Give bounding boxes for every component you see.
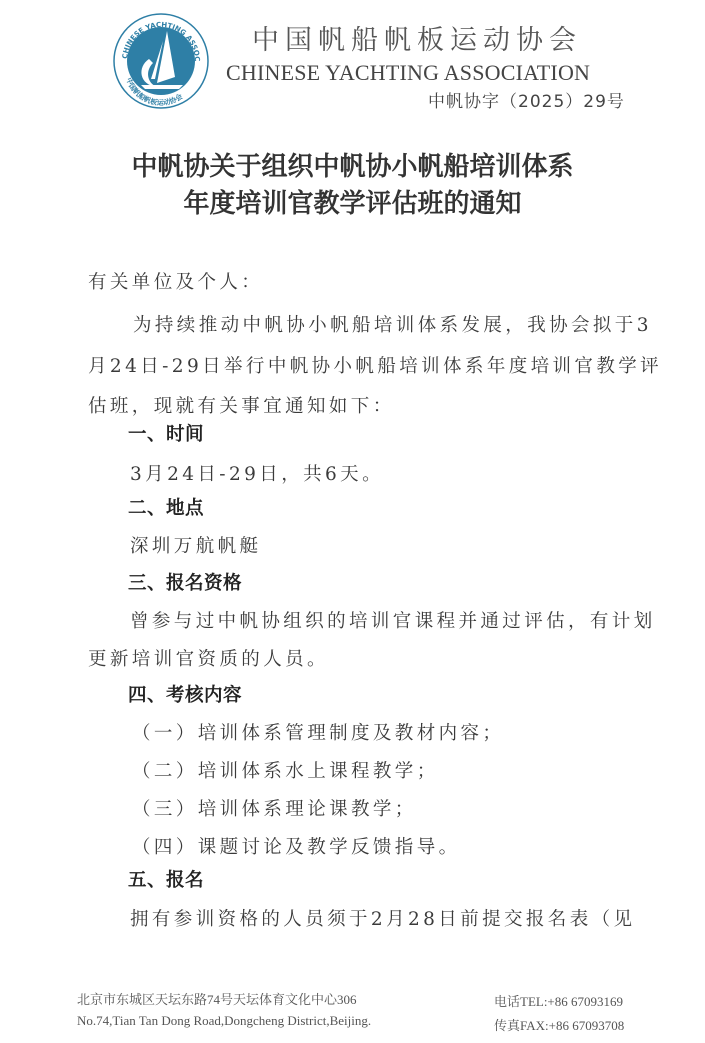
notice-title-line-1: 中帆协关于组织中帆协小帆船培训体系 — [0, 146, 705, 183]
assessment-item-2: （二）培训体系水上课程教学； — [132, 757, 439, 783]
section-text-eligibility-2: 更新培训官资质的人员。 — [88, 645, 329, 671]
footer-address-en: No.74,Tian Tan Dong Road,Dongcheng Distr… — [77, 1013, 371, 1029]
association-logo: CHINESE YACHTING ASSOCIATION 中国帆船帆板运动协会 — [113, 13, 209, 109]
section-heading-registration: 五、报名 — [128, 866, 204, 892]
assessment-item-4: （四）课题讨论及教学反馈指导。 — [132, 833, 461, 859]
assessment-item-3: （三）培训体系理论课教学； — [132, 795, 417, 821]
section-text-time: 3月24日-29日，共6天。 — [130, 460, 384, 486]
org-name-cn: 中国帆船帆板运动协会 — [252, 18, 582, 57]
salutation: 有关单位及个人： — [88, 268, 263, 294]
org-name-en: CHINESE YACHTING ASSOCIATION — [226, 60, 590, 86]
intro-line-1: 为持续推动中帆协小帆船培训体系发展，我协会拟于3 — [133, 311, 652, 337]
intro-line-3: 估班，现就有关事宜通知如下： — [88, 392, 395, 418]
footer-fax: 传真FAX:+86 67093708 — [494, 1015, 624, 1034]
notice-title-line-2: 年度培训官教学评估班的通知 — [0, 183, 705, 220]
section-heading-location: 二、地点 — [128, 494, 204, 520]
intro-line-2: 月24日-29日举行中帆协小帆船培训体系年度培训官教学评 — [88, 352, 662, 378]
section-text-eligibility-1: 曾参与过中帆协组织的培训官课程并通过评估，有计划 — [130, 607, 656, 633]
section-text-location: 深圳万航帆艇 — [130, 532, 261, 558]
assessment-item-1: （一）培训体系管理制度及教材内容； — [132, 719, 504, 745]
section-heading-assessment: 四、考核内容 — [128, 681, 242, 707]
section-heading-eligibility: 三、报名资格 — [128, 569, 242, 595]
document-number: 中帆协字（2025）29号 — [428, 87, 625, 112]
section-heading-time: 一、时间 — [128, 420, 204, 446]
section-text-registration: 拥有参训资格的人员须于2月28日前提交报名表（见 — [130, 905, 635, 931]
sailboat-emblem-icon: CHINESE YACHTING ASSOCIATION 中国帆船帆板运动协会 — [113, 13, 209, 109]
footer-address-cn: 北京市东城区天坛东路74号天坛体育文化中心306 — [77, 989, 357, 1008]
footer-tel: 电话TEL:+86 67093169 — [494, 991, 623, 1010]
